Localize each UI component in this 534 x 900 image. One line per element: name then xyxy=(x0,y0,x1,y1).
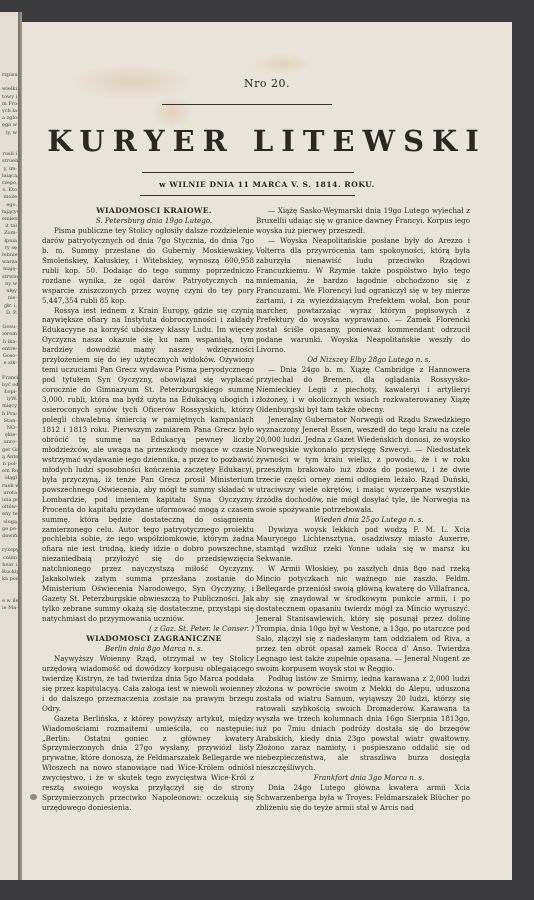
facing-page-text-fragment: być od xyxy=(0,382,18,389)
facing-page-text-fragment: a zglo- xyxy=(0,115,18,122)
dateline-petersburg: S. Petersburg dnia 19go Lutego. xyxy=(42,216,254,226)
facing-page-text-fragment: ger Ga xyxy=(0,447,18,454)
facing-page-text-fragment: ołągl xyxy=(0,475,18,482)
facing-page-text-fragment xyxy=(0,79,18,86)
facing-page-text-fragment: NO- xyxy=(0,425,18,432)
dateline-vienna: Wiedeń dnia 25go Lutego n. s. xyxy=(256,515,470,525)
facing-page-text-fragment: ryzepyk xyxy=(0,547,18,554)
article-paragraph: Naywyższy Woienny Rząd, otrzymał w tey S… xyxy=(42,654,254,714)
facing-page-text-fragment: s. Kto xyxy=(0,187,18,194)
left-column: WIADOMOSCI KRAIOWE. S. Petersburg dnia 1… xyxy=(42,206,254,813)
article-paragraph: — Xiążę Sasko-Weymarski dnia 19go Lutego… xyxy=(256,206,470,236)
issue-number: Nro 20. xyxy=(22,77,512,90)
facing-page-text-fragment: ie Ma- xyxy=(0,605,18,612)
facing-page-text-fragment xyxy=(0,591,18,598)
facing-page-text-fragment: m Fro- xyxy=(0,101,18,108)
facing-page-edge: rzpisu wielkitowy im Fro-ych ła-a zglo-ę… xyxy=(0,12,19,880)
facing-page-text-fragment: D. P. xyxy=(0,310,18,317)
facing-page-text-fragment: iyW. xyxy=(0,396,18,403)
facing-page-text-fragment xyxy=(0,540,18,547)
facing-page-text-fragment: łaiąca, xyxy=(0,173,18,180)
facing-page-text-fragment xyxy=(0,144,18,151)
facing-page-text-fragment: n pol- xyxy=(0,461,18,468)
facing-page-text-fragment: eny te- xyxy=(0,511,18,518)
article-paragraph: Pisma publiczne tey Stolicy ogłosiły dal… xyxy=(42,226,254,306)
facing-page-text-fragment: ych ła- xyxy=(0,108,18,115)
facing-page-text-fragment: iorem xyxy=(0,331,18,338)
issue-dateline: w WILNIE DNIA 11 MARCA V. S. 1814. ROKU. xyxy=(22,180,512,189)
newspaper-page: Nro 20. KURYER LITEWSKI w WILNIE DNIA 11… xyxy=(22,22,512,880)
facing-page-text-fragment: nis- xyxy=(0,295,18,302)
facing-page-text-fragment: e w ile- xyxy=(0,598,18,605)
dateline-berlin: Berlin dnia 8go Marca n. s. xyxy=(42,644,254,654)
facing-page-text-fragment: maję- xyxy=(0,266,18,273)
facing-page-text-fragment: łających xyxy=(0,209,18,216)
facing-page-text-fragment: ą Anto xyxy=(0,454,18,461)
facing-page-text-fragment xyxy=(0,317,18,324)
article-paragraph: — Woyska Neapolitańskie posłane były do … xyxy=(256,236,470,355)
facing-page-text-fragment: entre- xyxy=(0,346,18,353)
facing-page-text-fragment xyxy=(0,137,18,144)
article-paragraph: — Dnia 24go b. m. Xiążę Cambridge z Hann… xyxy=(256,365,470,415)
facing-page-text-fragment: warza xyxy=(0,259,18,266)
facing-page-text-fragment: strwiom xyxy=(0,274,18,281)
facing-page-text-fragment: ny w xyxy=(0,281,18,288)
facing-page-text-fragment: ruek w xyxy=(0,483,18,490)
facing-page-text-fragment: Stan- xyxy=(0,418,18,425)
facing-page-text-fragment: slugą xyxy=(0,519,18,526)
facing-page-text-fragment: Gosu- xyxy=(0,324,18,331)
facing-page-text-fragment: oltów- xyxy=(0,504,18,511)
facing-page-text-fragment: h ika- xyxy=(0,339,18,346)
masthead-title: KURYER LITEWSKI xyxy=(22,124,512,158)
facing-page-text-fragment xyxy=(0,583,18,590)
section-heading-domestic: WIADOMOSCI KRAIOWE. xyxy=(42,206,254,216)
facing-page-text-fragment: łpnia xyxy=(0,238,18,245)
facing-page-text-fragment: em Ro- xyxy=(0,468,18,475)
facing-page-text-fragment: strueh- xyxy=(0,158,18,165)
article-paragraph: Dnia 24go Lutego główna kwatera armii Xc… xyxy=(256,783,470,813)
article-paragraph: Jeneralny Gubernator Norwegii od Rządu S… xyxy=(256,415,470,515)
facing-page-text-fragment: dawiń. xyxy=(0,533,18,540)
facing-page-text-fragment: Goso- xyxy=(0,353,18,360)
facing-page-text-fragment: rzepo, xyxy=(0,180,18,187)
rule-below-dateline xyxy=(140,195,355,196)
facing-page-text-fragment: urota xyxy=(0,490,18,497)
right-column: — Xiążę Sasko-Weymarski dnia 19go Lutego… xyxy=(256,206,470,813)
facing-page-text-fragment: h Pra- xyxy=(0,411,18,418)
facing-page-text-fragment: e zik- xyxy=(0,360,18,367)
facing-page-text-fragment: ęga w xyxy=(0,122,18,129)
facing-page-text-fragment: rusli i xyxy=(0,151,18,158)
facing-page-text-fragment: y, im- xyxy=(0,166,18,173)
section-heading-foreign: WIADOMOSCI ZAGRANICZNE xyxy=(42,634,254,644)
article-paragraph: Rossya iest iednem z Krain Europy, gdzie… xyxy=(42,306,254,625)
rule-above-dateline xyxy=(142,172,354,173)
rule-top xyxy=(162,104,332,105)
facing-page-text-fragment: Zom- xyxy=(0,230,18,237)
facing-page-text-fragment: ękie- xyxy=(0,432,18,439)
facing-page-text-fragment: mięcy xyxy=(0,403,18,410)
facing-page-text-fragment: hear i xyxy=(0,562,18,569)
facing-page-text-fragment: może xyxy=(0,194,18,201)
ink-blot-mark xyxy=(30,794,37,800)
facing-page-text-fragment: ry sę xyxy=(0,245,18,252)
facing-page-text-fragment: ego. xyxy=(0,202,18,209)
facing-page-text-fragment: ka pod xyxy=(0,576,18,583)
facing-page-text-fragment: Franci- xyxy=(0,375,18,382)
facing-page-text-fragment: Ruckiy xyxy=(0,569,18,576)
facing-page-text-fragment xyxy=(0,367,18,374)
facing-page-text-fragment: towy i xyxy=(0,94,18,101)
article-paragraph: Podług listów ze Smirny, iedna karawana … xyxy=(256,674,470,774)
facing-page-text-fragment: emienny xyxy=(0,216,18,223)
dateline-frankfort: Frankfort dnia 3go Marca n. s. xyxy=(256,773,470,783)
facing-page-text-fragment: łobnie xyxy=(0,252,18,259)
facing-page-text-fragment: ge pe- xyxy=(0,526,18,533)
facing-page-text-fragment: unro- xyxy=(0,439,18,446)
article-paragraph: W Armii Włoskiey, po zaszłych dnia 8go n… xyxy=(256,564,470,673)
article-paragraph: Gazeta Berlińska, z którey powyższy arty… xyxy=(42,714,254,814)
facing-page-text-fragment: rzpisu xyxy=(0,72,18,79)
article-source: ( z Gaz. St. Peter. le Conser. ) xyxy=(42,624,254,634)
facing-page-text-fragment: ułęy xyxy=(0,288,18,295)
facing-page-text-fragment: Łopi- xyxy=(0,389,18,396)
facing-page-text-fragment: colini xyxy=(0,555,18,562)
dateline-lower-elbe: Od Niższey Elby 28go Lutego n. s. xyxy=(256,355,470,365)
article-paragraph: Dywizya woysk lekkich pod wodzą F. M. L.… xyxy=(256,525,470,565)
facing-page-text-fragment: głr. i. xyxy=(0,303,18,310)
facing-page-text-fragment: it tal xyxy=(0,223,18,230)
facing-page-text-fragment: ly, w xyxy=(0,130,18,137)
facing-page-text-fragment: wielki xyxy=(0,86,18,93)
